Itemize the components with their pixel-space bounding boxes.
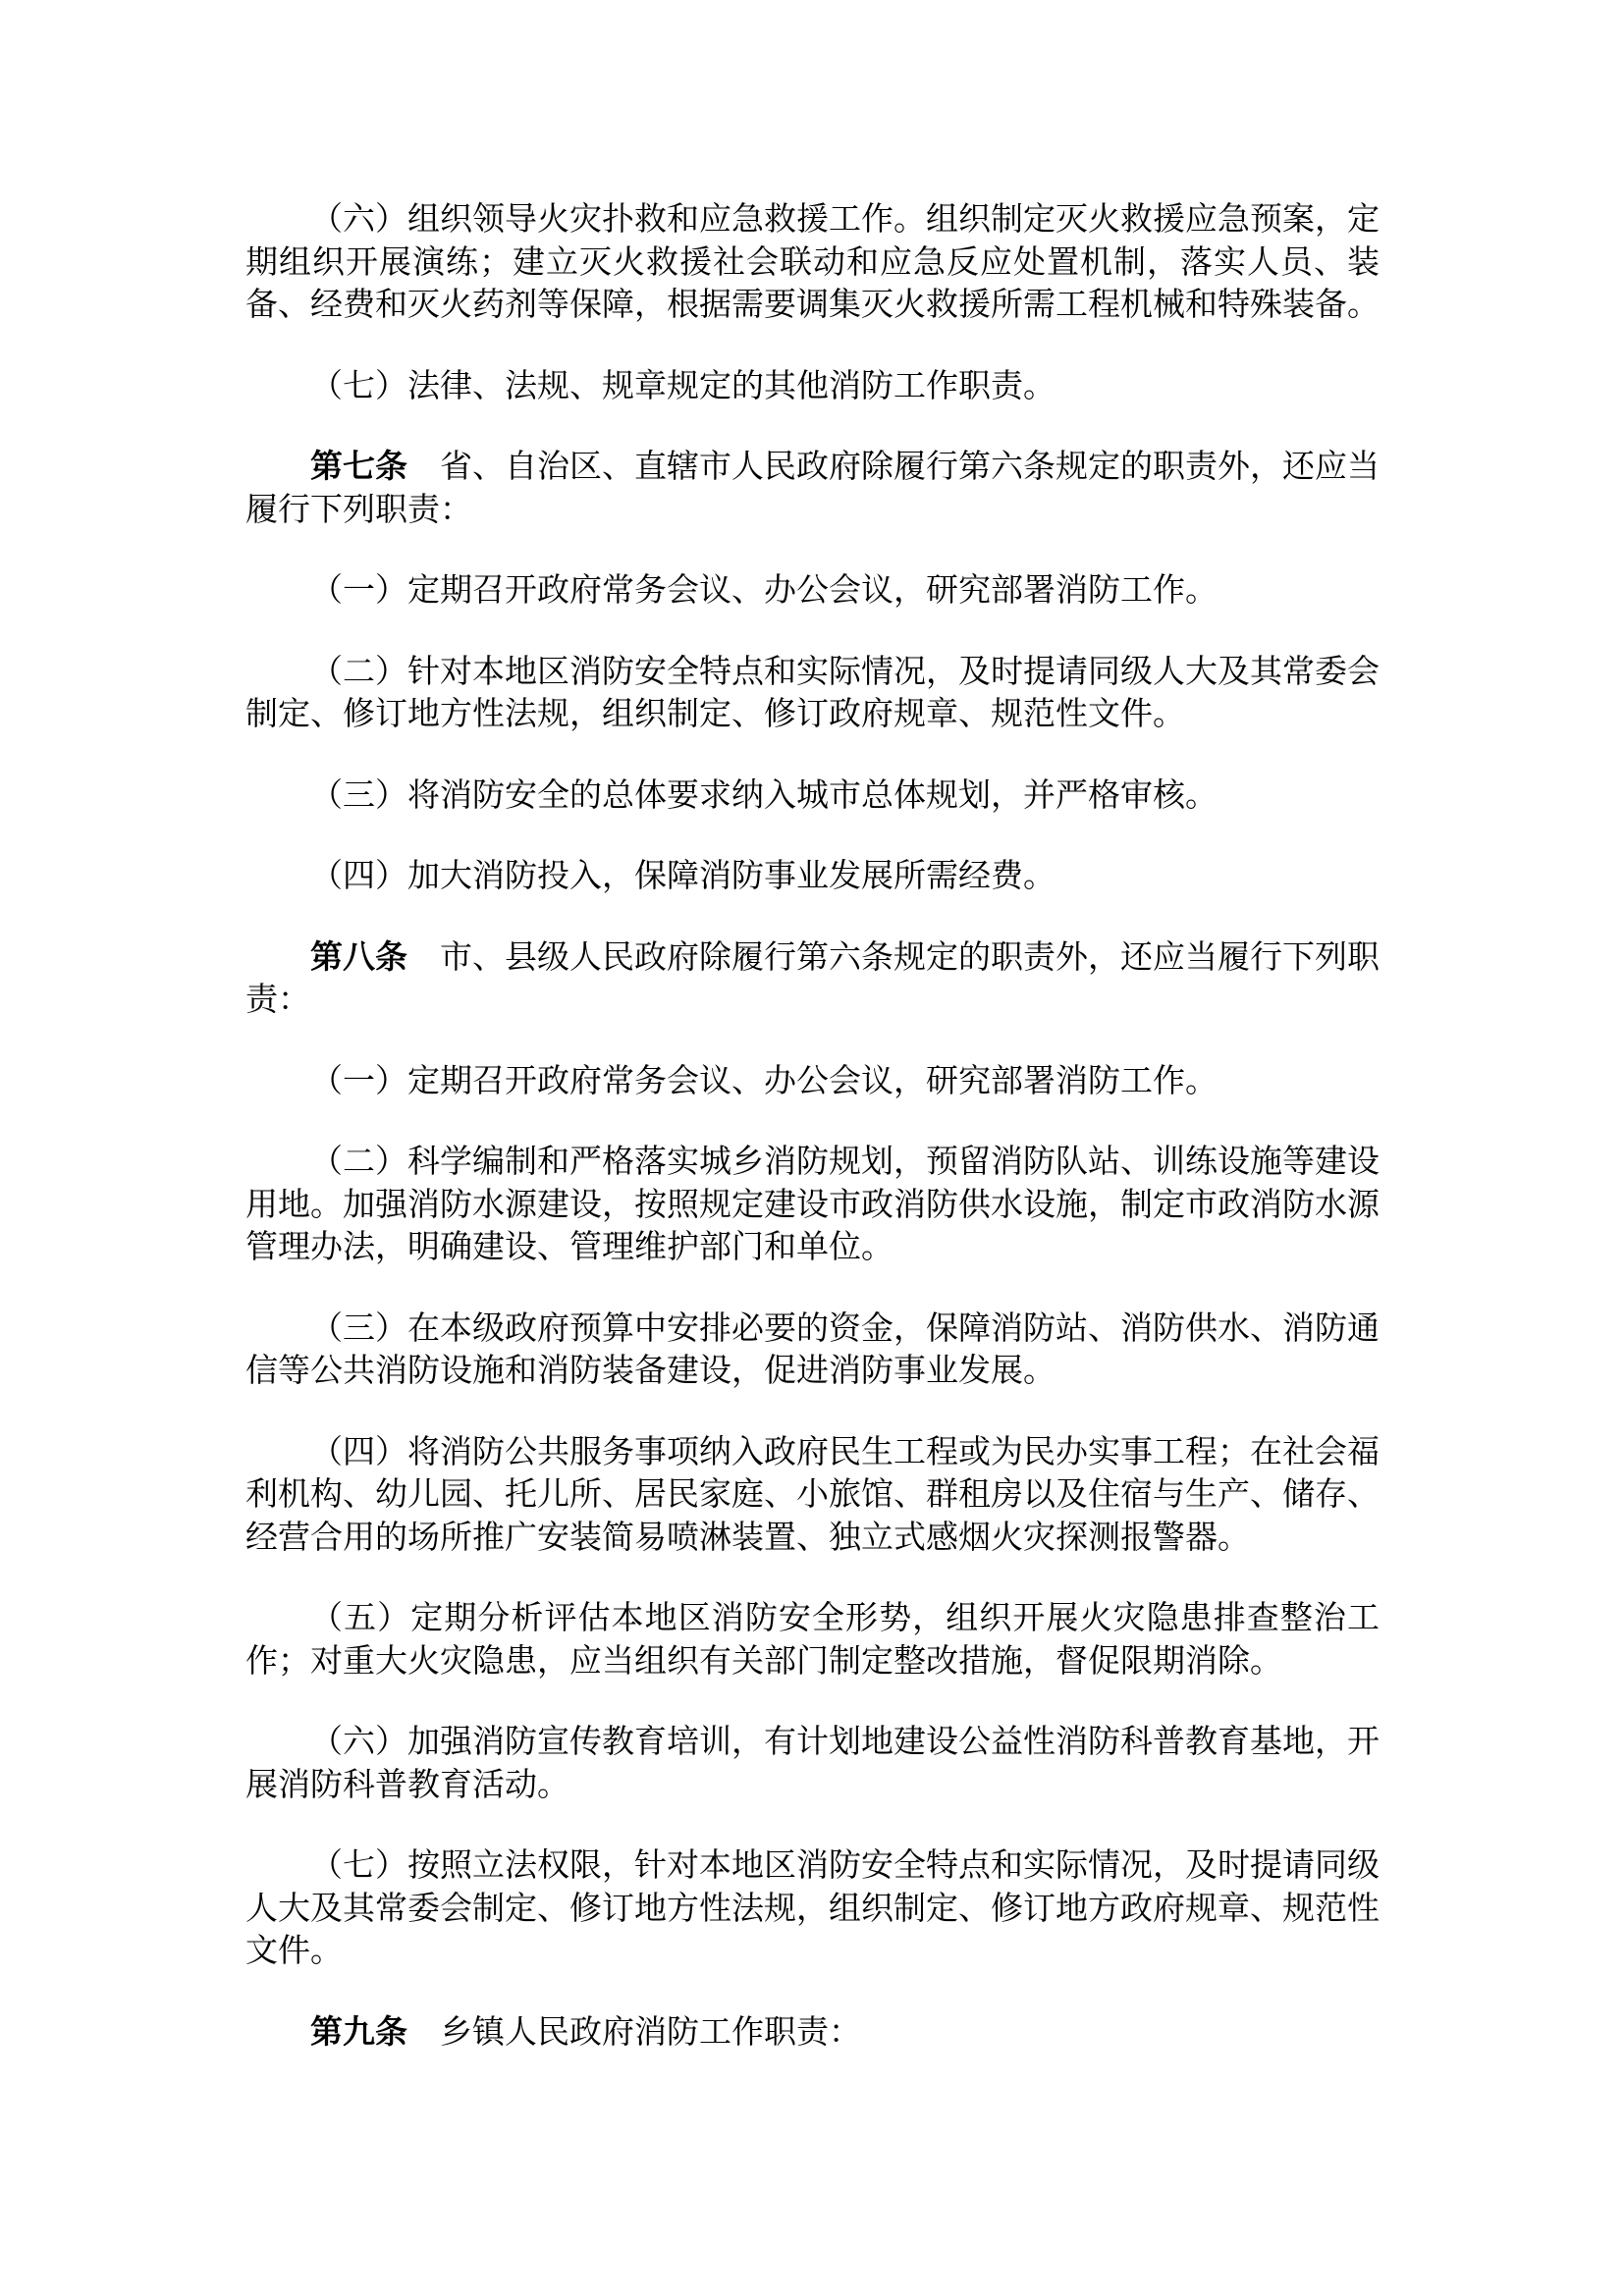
clause-paragraph: （七）按照立法权限，针对本地区消防安全特点和实际情况，及时提请同级人大及其常委会…	[245, 1845, 1380, 1974]
article-paragraph: 第七条 省、自治区、直辖市人民政府除履行第六条规定的职责外，还应当履行下列职责：	[245, 447, 1380, 532]
article-paragraph: 第九条 乡镇人民政府消防工作职责：	[245, 2012, 1380, 2056]
clause-paragraph: （四）将消防公共服务事项纳入政府民生工程或为民办实事工程；在社会福利机构、幼儿园…	[245, 1432, 1380, 1561]
clause-paragraph: （三）将消防安全的总体要求纳入城市总体规划，并严格审核。	[245, 775, 1380, 819]
article-paragraph: 第八条 市、县级人民政府除履行第六条规定的职责外，还应当履行下列职责：	[245, 937, 1380, 1023]
article-number: 第八条	[310, 940, 407, 976]
clause-paragraph: （五）定期分析评估本地区消防安全形势，组织开展火灾隐患排查整治工作；对重大火灾隐…	[245, 1598, 1380, 1683]
article-number: 第七条	[310, 450, 407, 485]
document-body: （六）组织领导火灾扑救和应急救援工作。组织制定灭火救援应急预案，定期组织开展演练…	[245, 199, 1380, 2055]
article-number: 第九条	[310, 2015, 407, 2051]
clause-paragraph: （六）组织领导火灾扑救和应急救援工作。组织制定灭火救援应急预案，定期组织开展演练…	[245, 199, 1380, 328]
clause-paragraph: （四）加大消防投入，保障消防事业发展所需经费。	[245, 856, 1380, 899]
article-text: 市、县级人民政府除履行第六条规定的职责外，还应当履行下列职责：	[245, 940, 1380, 1019]
clause-paragraph: （一）定期召开政府常务会议、办公会议，研究部署消防工作。	[245, 570, 1380, 614]
clause-paragraph: （六）加强消防宣传教育培训，有计划地建设公益性消防科普教育基地，开展消防科普教育…	[245, 1722, 1380, 1807]
document-page: （六）组织领导火灾扑救和应急救援工作。组织制定灭火救援应急预案，定期组织开展演练…	[0, 0, 1624, 2296]
clause-paragraph: （二）针对本地区消防安全特点和实际情况，及时提请同级人大及其常委会制定、修订地方…	[245, 652, 1380, 737]
clause-paragraph: （七）法律、法规、规章规定的其他消防工作职责。	[245, 366, 1380, 409]
clause-paragraph: （一）定期召开政府常务会议、办公会议，研究部署消防工作。	[245, 1061, 1380, 1104]
clause-paragraph: （三）在本级政府预算中安排必要的资金，保障消防站、消防供水、消防通信等公共消防设…	[245, 1308, 1380, 1394]
article-text: 省、自治区、直辖市人民政府除履行第六条规定的职责外，还应当履行下列职责：	[245, 450, 1380, 528]
article-text: 乡镇人民政府消防工作职责：	[440, 2015, 861, 2051]
clause-paragraph: （二）科学编制和严格落实城乡消防规划，预留消防队站、训练设施等建设用地。加强消防…	[245, 1142, 1380, 1270]
